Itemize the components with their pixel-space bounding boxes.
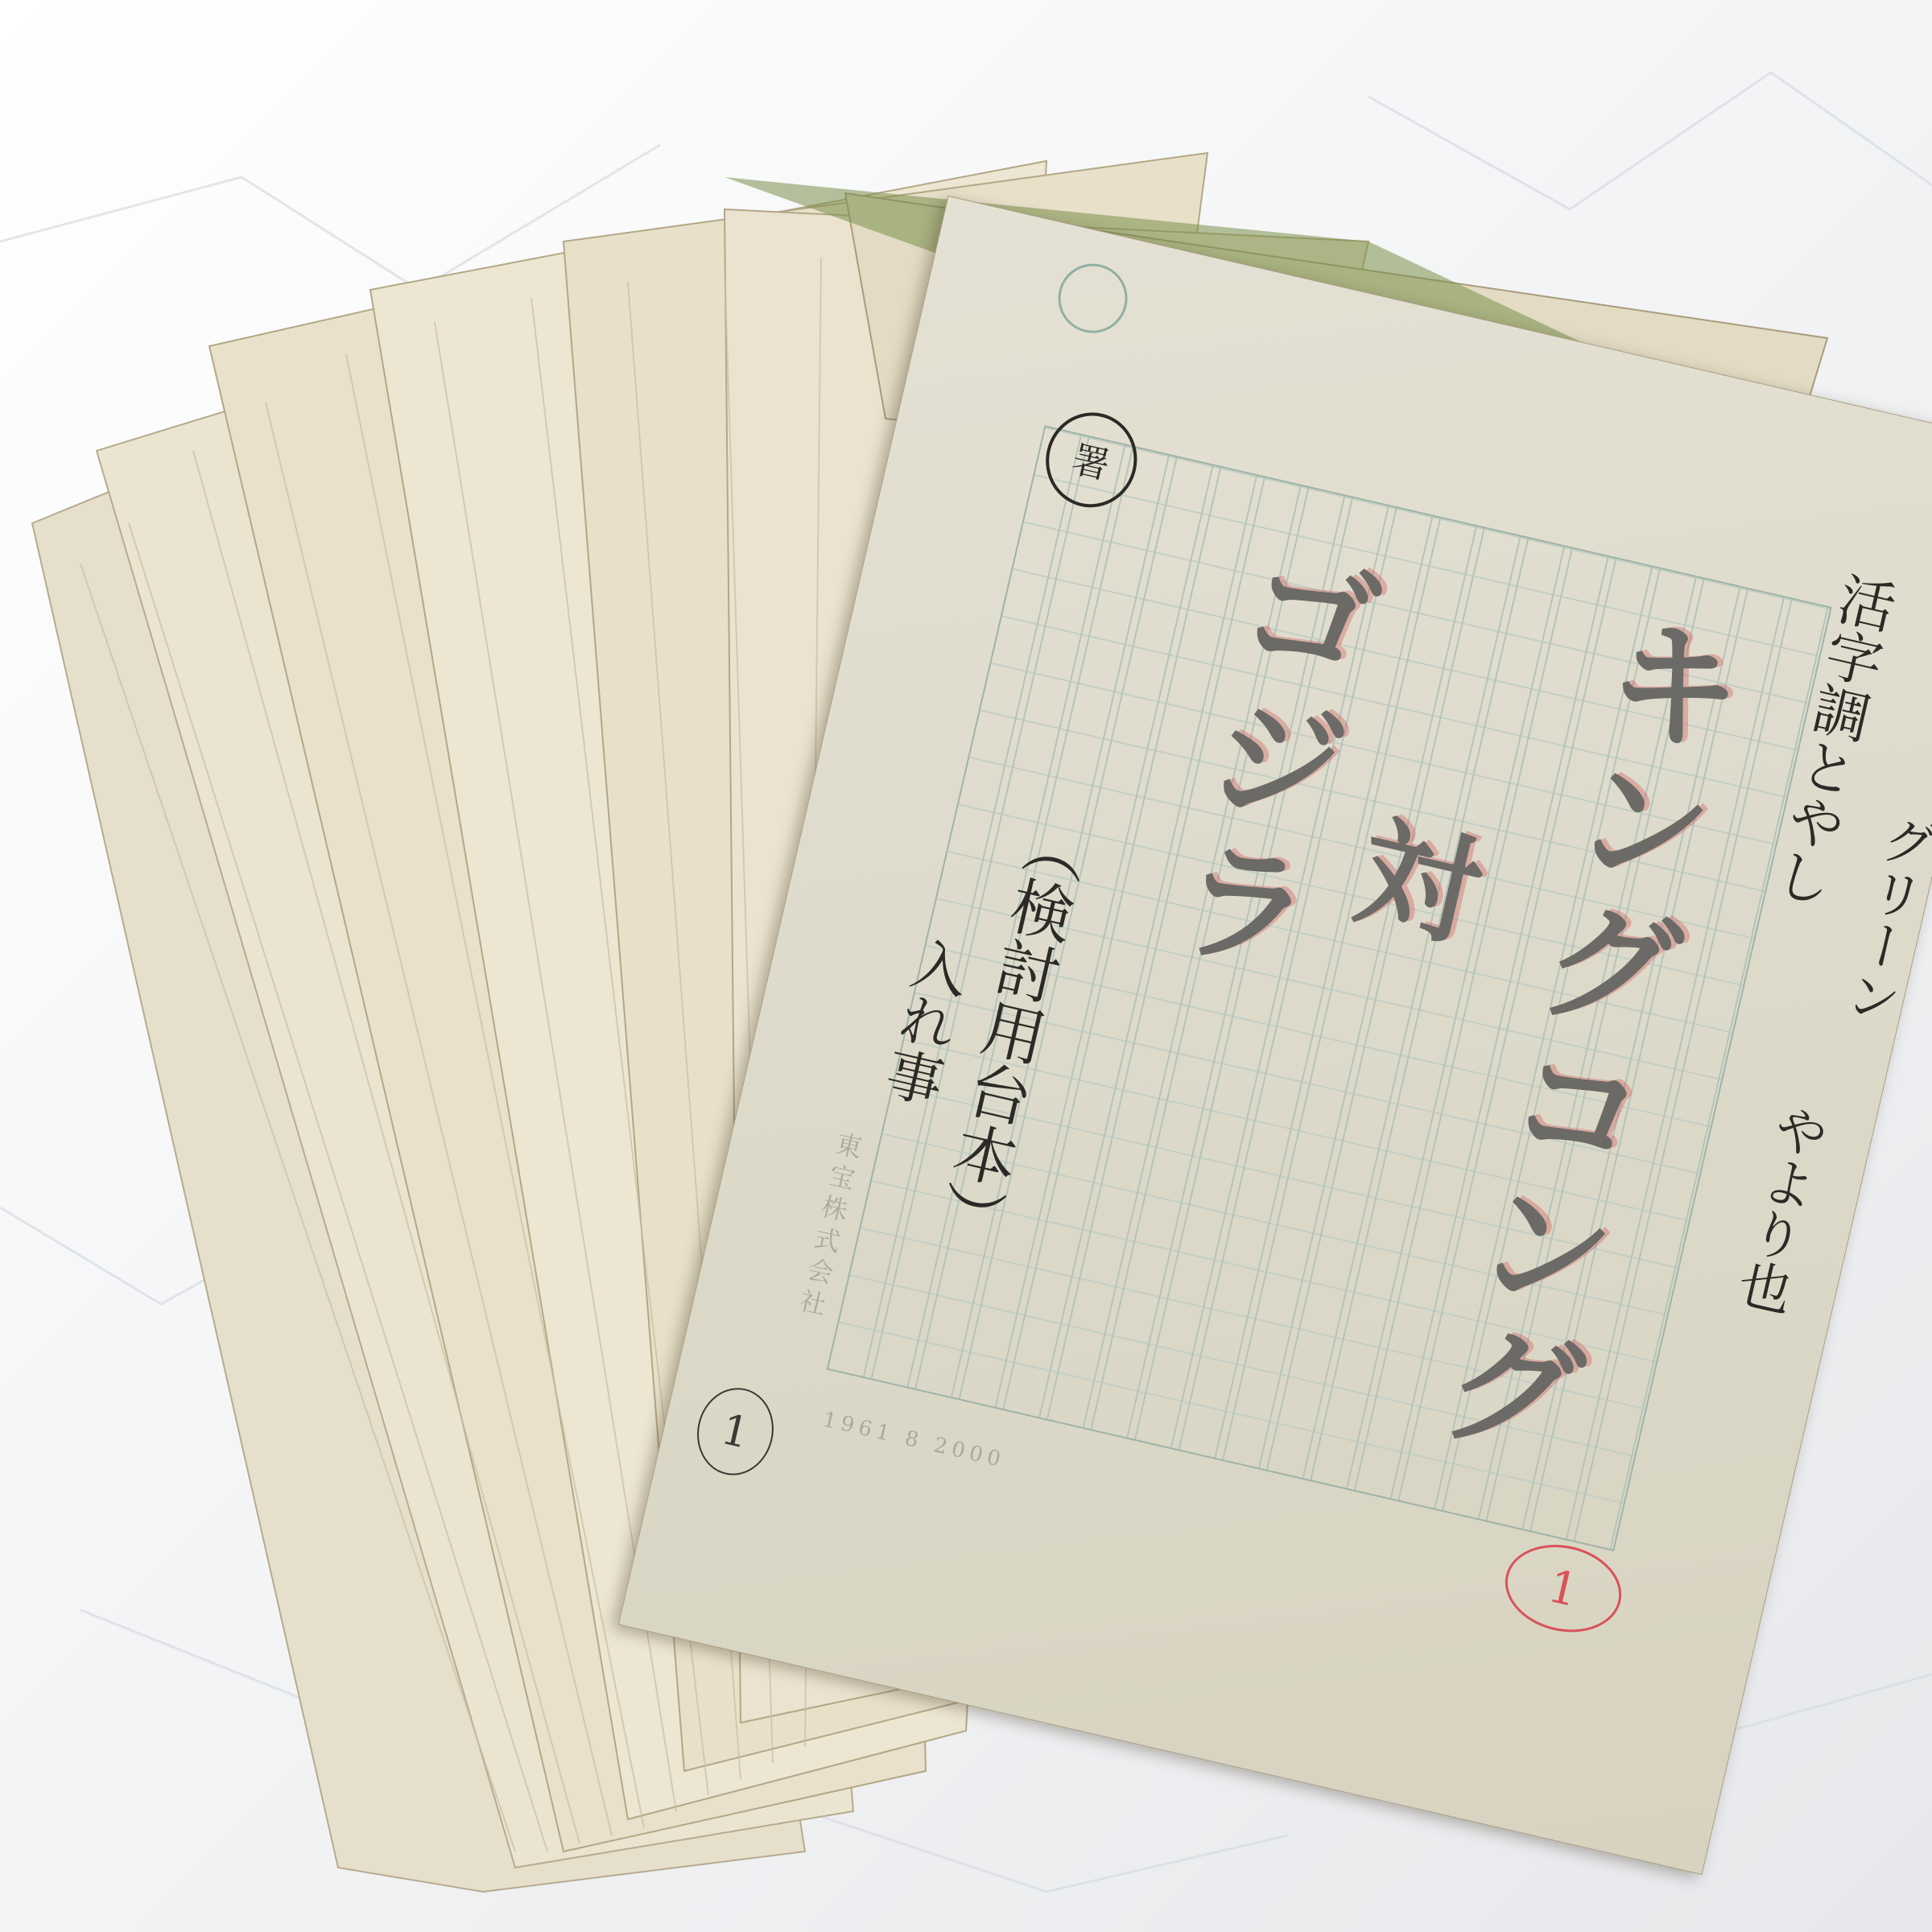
manuscript-stack: 署 キングコング 対 ゴジラ （検討用台本） 入れ事 活字調とやし グリーン や… xyxy=(0,0,1932,1932)
page-number-pencil: 1 xyxy=(717,1405,754,1458)
note-typeface-text: 活字調 xyxy=(1799,567,1901,746)
circled-mark-text: 署 xyxy=(1067,430,1116,490)
printed-form-code: 1961 8 2000 xyxy=(820,1407,1007,1472)
page-number-red: 1 xyxy=(1543,1560,1583,1617)
note-bottom-right: やより也 xyxy=(1718,1096,1840,1320)
page-number-circle-pencil: 1 xyxy=(688,1381,782,1483)
blank-green-circle xyxy=(1051,257,1134,340)
